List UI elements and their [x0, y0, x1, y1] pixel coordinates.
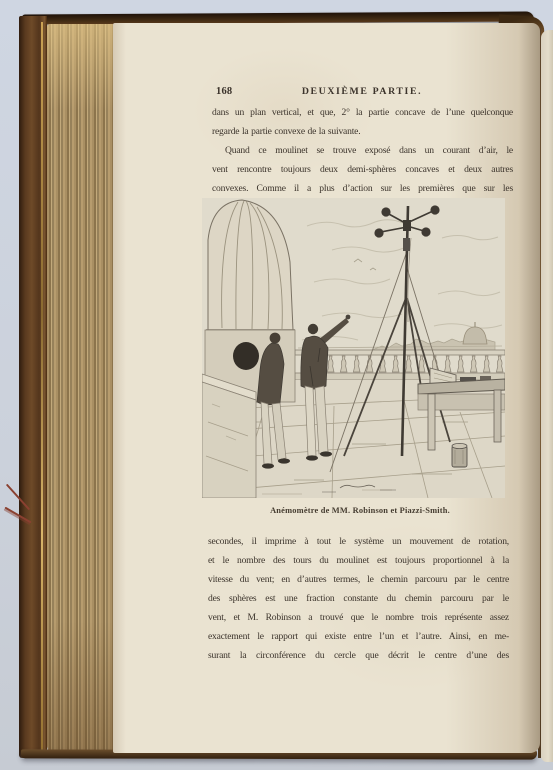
body-line: convexes. Comme il a plus d’action sur l…: [212, 179, 513, 198]
body-line: regarde la partie convexe de la suivante…: [212, 122, 513, 141]
mast-collar: [403, 238, 410, 251]
stone-parapet: [202, 374, 256, 498]
body-line: Quand ce moulinet se trouve exposé dans …: [212, 141, 513, 160]
paragraph: dans un plan vertical, et que, 2° la par…: [212, 103, 513, 141]
paragraph: Quand ce moulinet se trouve exposé dans …: [212, 141, 513, 198]
table-instrument: [480, 376, 491, 380]
body-line: et le nombre des tours du moulinet est t…: [208, 551, 509, 570]
pointing-hand: [346, 315, 351, 320]
body-line: surant la circonférence du cercle que dé…: [208, 646, 509, 665]
gilt-fore-edge: [47, 24, 113, 752]
body-line: secondes, il imprime à tout le système u…: [208, 532, 509, 551]
book-photograph: 168 DEUXIÈME PARTIE. dans un plan vertic…: [0, 0, 553, 770]
canister: [452, 443, 467, 467]
figure-caption: Anémomètre de MM. Robinson et Piazzi-Smi…: [210, 506, 510, 515]
body-line: vent rencontre toujours deux demi-sphère…: [212, 160, 513, 179]
running-title: DEUXIÈME PARTIE.: [212, 86, 512, 97]
table-leg: [428, 394, 435, 450]
table-leg: [494, 390, 501, 442]
body-line: des sphères est une fraction constante d…: [208, 589, 509, 608]
body-line: vitesse du vent; en d’autres termes, le …: [208, 570, 509, 589]
body-line: exactement le rapport qui existe entre l…: [208, 627, 509, 646]
body-line: vent, et M. Robinson a trouvé que le nom…: [208, 608, 509, 627]
facing-page-edge: [541, 30, 553, 762]
book-page: 168 DEUXIÈME PARTIE. dans un plan vertic…: [113, 23, 540, 753]
round-window: [233, 342, 259, 370]
engraving-illustration: [202, 198, 505, 498]
page-header: 168 DEUXIÈME PARTIE.: [212, 86, 512, 101]
paragraph: secondes, il imprime à tout le système u…: [208, 532, 509, 665]
body-line: dans un plan vertical, et que, 2° la par…: [212, 103, 513, 122]
book-cover: [19, 16, 47, 758]
